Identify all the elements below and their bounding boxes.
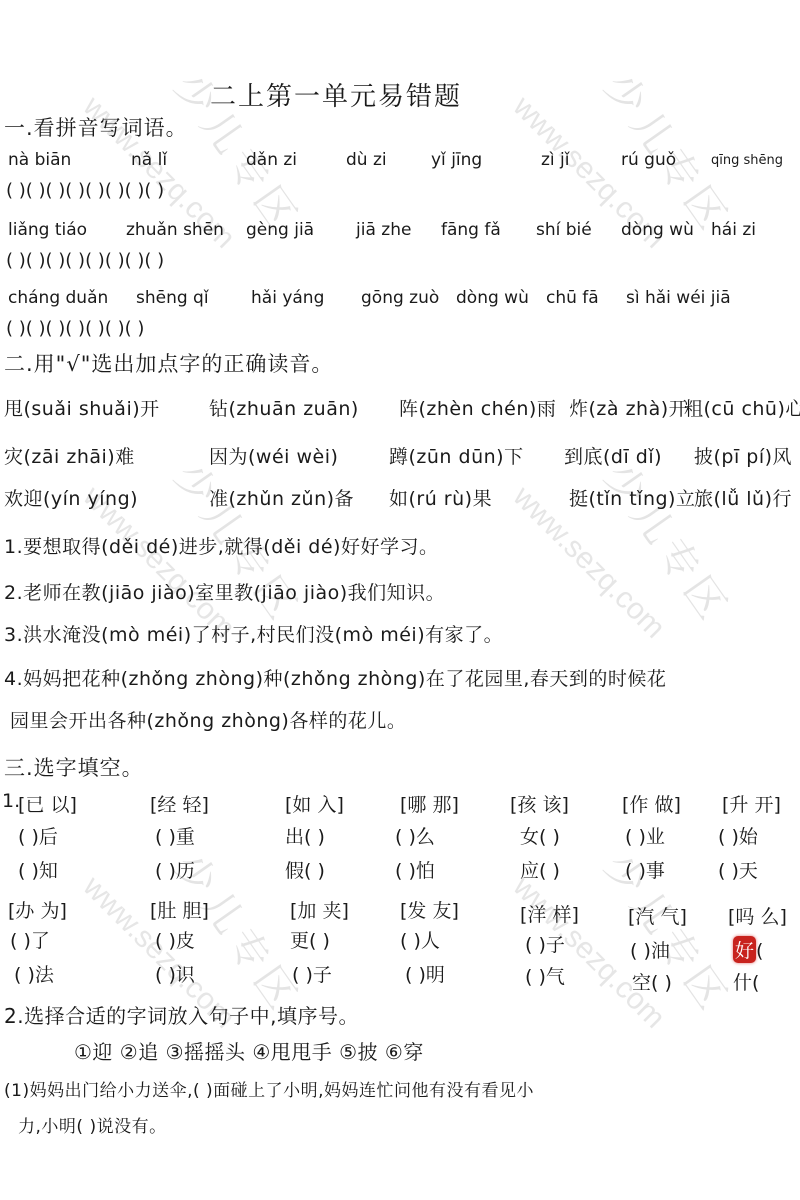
fill-blank[interactable]: 什( <box>733 968 759 995</box>
fill-blank[interactable]: 假( ) <box>285 856 325 883</box>
pinyin-row-3: cháng duǎn shēng qǐ hǎi yáng gōng zuò dò… <box>6 288 796 314</box>
red-stamp-icon: 好 <box>733 936 756 963</box>
section1-heading: 一.看拼音写词语。 <box>4 112 188 142</box>
sentence-4-line1[interactable]: 4.妈妈把花种(zhǒng zhòng)种(zhǒng zhòng)在了花园里,… <box>4 664 666 691</box>
fill-blank[interactable]: 出( ) <box>285 822 325 849</box>
char-pair: [办 为] <box>8 896 67 923</box>
question-2-options: ①迎 ②追 ③摇摇头 ④甩甩手 ⑤披 ⑥穿 <box>74 1036 424 1065</box>
fill-blank[interactable]: ( )了 <box>10 926 50 953</box>
pinyin-word: fāng fǎ <box>441 220 501 240</box>
question-2-sentence-line2[interactable]: 力,小明( )说没有。 <box>18 1112 167 1137</box>
sentence-1[interactable]: 1.要想取得(děi dé)进步,就得(děi dé)好好学习。 <box>4 532 438 559</box>
pinyin-row-2: liǎng tiáo zhuǎn shēn gèng jiā jiā zhe f… <box>6 220 796 246</box>
answer-blanks-row-1[interactable]: ( )( )( )( )( )( )( )( ) <box>6 180 796 204</box>
fill-blank[interactable]: ( )子 <box>292 960 332 987</box>
reading-choice-item[interactable]: 阵(zhèn chén)雨 <box>399 394 556 421</box>
pinyin-word: nà biān <box>8 150 71 170</box>
fill-blank[interactable]: ( )法 <box>14 960 54 987</box>
pinyin-word: dòng wù <box>456 288 529 308</box>
watermark-cn: 少儿专区 <box>593 450 745 633</box>
char-pair: [汽 气] <box>628 902 687 929</box>
pinyin-word: rú guǒ <box>621 150 676 170</box>
fill-blank[interactable]: ( )重 <box>155 822 195 849</box>
pinyin-word: zhuǎn shēn <box>126 220 224 240</box>
reading-choice-item[interactable]: 准(zhǔn zǔn)备 <box>209 484 354 511</box>
reading-choice-item[interactable]: 粗(cū chū)心 <box>684 394 800 421</box>
fill-blank[interactable]: 更( ) <box>290 926 330 953</box>
pinyin-word: hái zi <box>711 220 756 240</box>
pinyin-word: sì hǎi wéi jiā <box>626 288 731 308</box>
reading-choice-item[interactable]: 到底(dī dǐ) <box>564 442 662 469</box>
char-pair: [已 以] <box>18 790 77 817</box>
char-pair: [肚 胆] <box>150 896 209 923</box>
pinyin-word: yǐ jīng <box>431 150 482 170</box>
sentence-4-line2[interactable]: 园里会开出各种(zhǒng zhòng)各样的花儿。 <box>10 706 406 733</box>
reading-choice-item[interactable]: 披(pī pí)风 <box>694 442 792 469</box>
worksheet-title: 二上第一单元易错题 <box>210 76 462 113</box>
bracket-row-text: ( )( )( )( )( )( )( )( ) <box>6 250 164 271</box>
fill-blank[interactable]: ( )明 <box>405 960 445 987</box>
pinyin-word: dǎn zi <box>246 150 297 170</box>
pinyin-row-1: nà biān nǎ lǐ dǎn zi dù zi yǐ jīng zì jǐ… <box>6 150 796 176</box>
fill-blank[interactable]: 空( ) <box>632 968 672 995</box>
reading-choice-item[interactable]: 旅(lǚ lǔ)行 <box>694 484 792 511</box>
pinyin-word: dòng wù <box>621 220 694 240</box>
char-pair: [经 轻] <box>150 790 209 817</box>
char-pair: [升 开] <box>722 790 781 817</box>
fill-blank[interactable]: ( )气 <box>525 962 565 989</box>
char-pair: [孩 该] <box>510 790 569 817</box>
pinyin-word: dù zi <box>346 150 387 170</box>
fill-blank-with-stamp[interactable]: 好( <box>733 936 763 963</box>
reading-choice-item[interactable]: 灾(zāi zhāi)难 <box>4 442 135 469</box>
pinyin-word: jiā zhe <box>356 220 411 240</box>
answer-blanks-row-3[interactable]: ( )( )( )( )( )( )( ) <box>6 318 796 342</box>
question-2-heading: 2.选择合适的字词放入句子中,填序号。 <box>4 1000 359 1029</box>
fill-blank[interactable]: ( )皮 <box>155 926 195 953</box>
question-2-sentence-line1[interactable]: (1)妈妈出门给小力送伞,( )面碰上了小明,妈妈连忙问他有没有看见小 <box>4 1076 534 1101</box>
fill-blank[interactable]: ( )天 <box>718 856 758 883</box>
reading-choice-item[interactable]: 炸(zà zhà)开 <box>569 394 688 421</box>
fill-blank[interactable]: ( )知 <box>18 856 58 883</box>
reading-choice-item[interactable]: 因为(wéi wèi) <box>209 442 338 469</box>
answer-blanks-row-2[interactable]: ( )( )( )( )( )( )( )( ) <box>6 250 796 274</box>
char-pair: [洋 样] <box>520 900 579 927</box>
fill-blank[interactable]: ( )识 <box>155 960 195 987</box>
fill-blank[interactable]: 女( ) <box>520 822 560 849</box>
fill-blank[interactable]: ( )后 <box>18 822 58 849</box>
reading-choice-item[interactable]: 欢迎(yín yíng) <box>4 484 138 511</box>
pinyin-word: cháng duǎn <box>8 288 108 308</box>
reading-choice-item[interactable]: 蹲(zūn dūn)下 <box>389 442 524 469</box>
pinyin-word: zì jǐ <box>541 150 570 170</box>
reading-choice-item[interactable]: 挺(tǐn tǐng)立 <box>569 484 695 511</box>
char-pair: [吗 么] <box>728 902 787 929</box>
bracket-row-text: ( )( )( )( )( )( )( )( ) <box>6 180 164 201</box>
reading-choice-item[interactable]: 如(rú rù)果 <box>389 484 492 511</box>
section2-heading: 二.用"√"选出加点字的正确读音。 <box>4 348 333 378</box>
bracket-row-text: ( )( )( )( )( )( )( ) <box>6 318 144 339</box>
fill-blank[interactable]: ( )业 <box>625 822 665 849</box>
reading-choice-item[interactable]: 甩(suǎi shuǎi)开 <box>4 394 160 421</box>
char-pair: [加 夹] <box>290 896 349 923</box>
pinyin-word: liǎng tiáo <box>8 220 87 240</box>
pinyin-word: chū fā <box>546 288 599 308</box>
fill-blank[interactable]: ( )子 <box>525 930 565 957</box>
fill-blank[interactable]: ( )历 <box>155 856 195 883</box>
pinyin-word: hǎi yáng <box>251 288 324 308</box>
fill-blank[interactable]: ( )怕 <box>395 856 435 883</box>
reading-choice-item[interactable]: 钻(zhuān zuān) <box>209 394 359 421</box>
sentence-2[interactable]: 2.老师在教(jiāo jiào)室里教(jiāo jiào)我们知识。 <box>4 578 445 605</box>
char-pair: [如 入] <box>285 790 344 817</box>
pinyin-word: shēng qǐ <box>136 288 209 308</box>
fill-blank[interactable]: ( )油 <box>630 936 670 963</box>
pinyin-word: gōng zuò <box>361 288 439 308</box>
pinyin-word: gèng jiā <box>246 220 314 240</box>
fill-blank[interactable]: ( )人 <box>400 926 440 953</box>
fill-blank[interactable]: ( )始 <box>718 822 758 849</box>
char-pair: [作 做] <box>622 790 681 817</box>
char-pair: [哪 那] <box>400 790 459 817</box>
sentence-3[interactable]: 3.洪水淹没(mò méi)了村子,村民们没(mò méi)有家了。 <box>4 620 503 647</box>
pinyin-word: shí bié <box>536 220 592 240</box>
fill-blank[interactable]: ( )么 <box>395 822 435 849</box>
pinyin-word: qīng shēng <box>711 153 783 168</box>
fill-blank[interactable]: 应( ) <box>520 856 560 883</box>
section3-heading: 三.选字填空。 <box>4 752 144 782</box>
pinyin-word: nǎ lǐ <box>131 150 167 170</box>
char-pair: [发 友] <box>400 896 459 923</box>
fill-blank: ( <box>756 940 763 962</box>
fill-blank[interactable]: ( )事 <box>625 856 665 883</box>
